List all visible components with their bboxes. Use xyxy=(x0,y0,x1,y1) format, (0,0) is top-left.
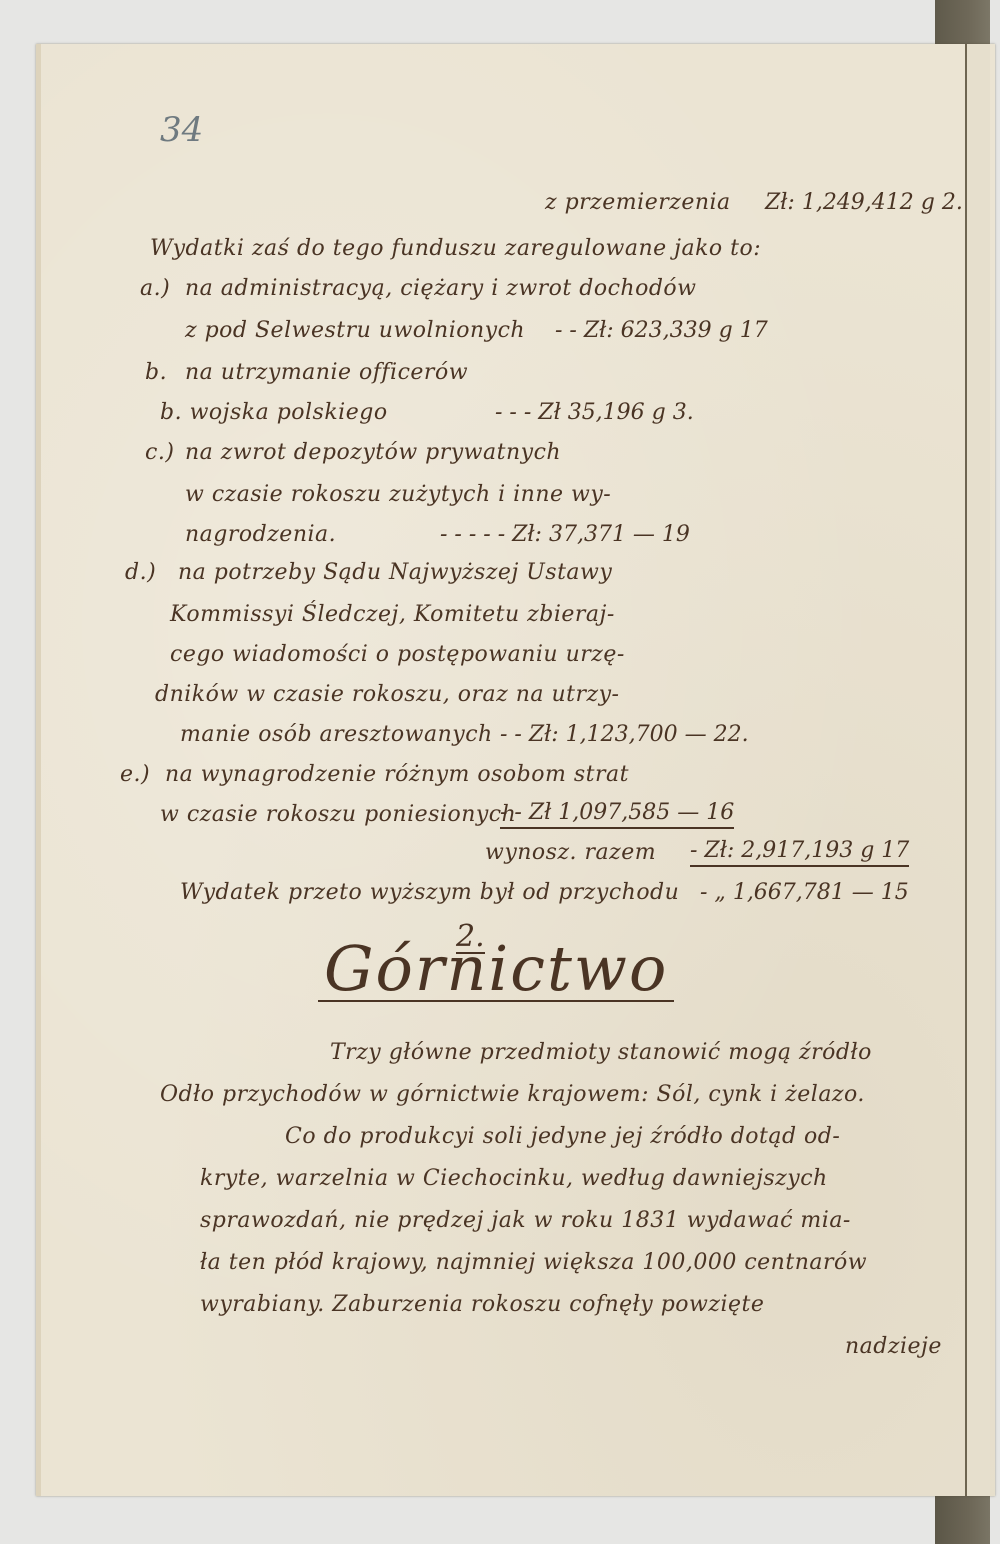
binding-strip-top xyxy=(935,0,990,46)
item-c-amount: - - - - - Zł: 37,371 — 19 xyxy=(440,522,690,547)
paragraph-2-line-3: sprawozdań, nie prędzej jak w roku 1831 … xyxy=(200,1208,851,1233)
item-b-line-1: na utrzymanie officerów xyxy=(185,360,468,385)
paragraph-2-line-5: wyrabiany. Zaburzenia rokoszu cofnęły po… xyxy=(200,1292,764,1317)
excess-amount: - „ 1,667,781 — 15 xyxy=(700,880,909,905)
adjacent-leaf-edge xyxy=(967,44,990,1496)
header-carryover-amount: Zł: 1,249,412 g 2. xyxy=(765,190,963,215)
binding-strip-bottom xyxy=(935,1495,990,1544)
paragraph-1-line-2: Odło przychodów w górnictwie krajowem: S… xyxy=(160,1082,865,1107)
header-carryover-label: z przemierzenia xyxy=(545,190,731,215)
item-d-line-2: Kommissyi Śledczej, Komitetu zbieraj- xyxy=(170,602,615,627)
item-a-line-1: na administracyą, ciężary i zwrot dochod… xyxy=(185,276,697,301)
item-d-line-3: cego wiadomości o postępowaniu urzę- xyxy=(170,642,625,667)
item-a-marker: a.) xyxy=(140,276,170,301)
excess-label: Wydatek przeto wyższym był od przychodu xyxy=(180,880,679,905)
paragraph-1-line-1: Trzy główne przedmioty stanowić mogą źró… xyxy=(330,1040,872,1065)
paragraph-2-line-6: nadzieje xyxy=(845,1334,942,1359)
item-a-line-2: z pod Selwestru uwolnionych xyxy=(185,318,525,343)
item-d-marker: d.) xyxy=(125,560,156,585)
item-c-line-3: nagrodzenia. xyxy=(185,522,336,547)
item-d-amount: - - Zł: 1,123,700 — 22. xyxy=(500,722,749,747)
item-e-marker: e.) xyxy=(120,762,150,787)
section-title: Górnictwo xyxy=(318,938,674,1002)
total-label: wynosz. razem xyxy=(485,840,656,865)
item-d-line-5: manie osób aresztowanych xyxy=(180,722,493,747)
paragraph-2-line-4: ła ten płód krajowy, najmniej większa 10… xyxy=(200,1250,867,1275)
item-e-line-2: w czasie rokoszu poniesionych xyxy=(160,802,516,827)
item-d-line-1: na potrzeby Sądu Najwyższej Ustawy xyxy=(178,560,612,585)
total-amount: - Zł: 2,917,193 g 17 xyxy=(690,838,909,867)
item-c-line-1: na zwrot depozytów prywatnych xyxy=(185,440,561,465)
item-d-line-4: dników w czasie rokoszu, oraz na utrzy- xyxy=(155,682,619,707)
paragraph-2-line-1: Co do produkcyi soli jedyne jej źródło d… xyxy=(285,1124,840,1149)
item-e-amount: - - Zł 1,097,585 — 16 xyxy=(500,800,734,829)
item-b-line-2: b. wojska polskiego xyxy=(160,400,388,425)
item-c-marker: c.) xyxy=(145,440,174,465)
page-fold-line xyxy=(965,44,967,1496)
expenses-intro: Wydatki zaś do tego funduszu zaregulowan… xyxy=(150,236,761,261)
item-a-amount: - - Zł: 623,339 g 17 xyxy=(555,318,768,343)
folio-number: 34 xyxy=(160,110,203,150)
item-e-line-1: na wynagrodzenie różnym osobom strat xyxy=(165,762,629,787)
item-b-amount: - - - Zł 35,196 g 3. xyxy=(495,400,694,425)
item-c-line-2: w czasie rokoszu zużytych i inne wy- xyxy=(185,482,611,507)
paragraph-2-line-2: kryte, warzelnia w Ciechocinku, według d… xyxy=(200,1166,828,1191)
item-b-marker: b. xyxy=(145,360,167,385)
